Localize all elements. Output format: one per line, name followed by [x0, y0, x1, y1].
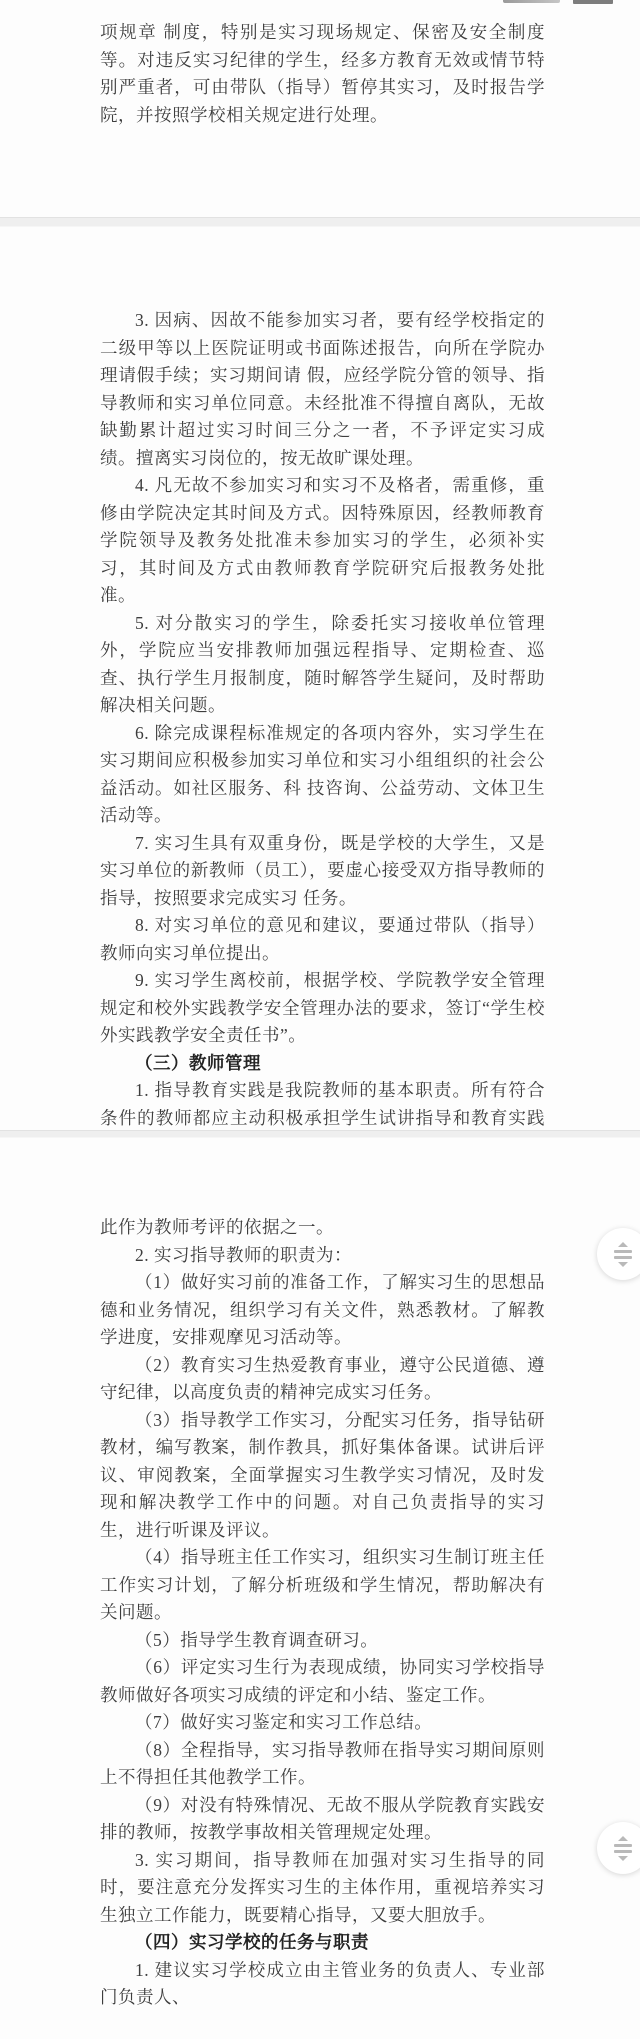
paragraph: 3. 因病、因故不能参加实习者，要有经学校指定的二级甲等以上医院证明或书面陈述报… [100, 307, 545, 472]
scroll-drag-handle[interactable] [597, 1228, 640, 1280]
drag-bar-icon [614, 1256, 632, 1259]
page-separator [0, 1130, 640, 1138]
page-separator [0, 217, 640, 227]
paragraph: （8）全程指导，实习指导教师在指导实习期间原则上不得担任其他教学工作。 [100, 1737, 545, 1792]
scroll-down-arrow-icon [618, 1262, 628, 1267]
paragraph: （5）指导学生教育调查研习。 [100, 1627, 545, 1655]
paragraph: （6）评定实习生行为表现成绩，协同实习学校指导教师做好各项实习成绩的评定和小结、… [100, 1654, 545, 1709]
document-page-1: 项规章 制度，特别是实习现场规定、保密及安全制度等。对违反实习纪律的学生，经多方… [0, 0, 640, 217]
paragraph: （7）做好实习鉴定和实习工作总结。 [100, 1709, 545, 1737]
paragraph: （2）教育实习生热爱教育事业，遵守公民道德、遵守纪律，以高度负责的精神完成实习任… [100, 1352, 545, 1407]
scroll-down-arrow-icon [618, 1856, 628, 1861]
document-page-2: 3. 因病、因故不能参加实习者，要有经学校指定的二级甲等以上医院证明或书面陈述报… [0, 227, 640, 1130]
paragraph: 此作为教师考评的依据之一。 [100, 1214, 545, 1242]
drag-bar-icon [614, 1844, 632, 1847]
drag-bar-icon [614, 1250, 632, 1253]
scroll-up-arrow-icon [618, 1242, 628, 1247]
paragraph: （3）指导教学工作实习，分配实习任务，指导钻研教材，编写教案，制作教具，抓好集体… [100, 1407, 545, 1545]
scroll-up-arrow-icon [618, 1836, 628, 1841]
paragraph: 1. 建议实习学校成立由主管业务的负责人、专业部门负责人、 [100, 1957, 545, 2012]
drag-bar-icon [614, 1850, 632, 1853]
paragraph: （9）对没有特殊情况、无故不服从学院教育实践安排的教师，按教学事故相关管理规定处… [100, 1792, 545, 1847]
paragraph: 项规章 制度，特别是实习现场规定、保密及安全制度等。对违反实习纪律的学生，经多方… [100, 19, 545, 129]
paragraph: 3. 实习期间，指导教师在加强对实习生指导的同时，要注意充分发挥实习生的主体作用… [100, 1847, 545, 1930]
clipped-toolbar-icon[interactable] [503, 0, 560, 3]
paragraph: 9. 实习学生离校前，根据学校、学院教学安全管理规定和校外实践教学安全管理办法的… [100, 967, 545, 1050]
scroll-drag-handle-icon [614, 1242, 632, 1267]
document-page-3: 此作为教师考评的依据之一。2. 实习指导教师的职责为：（1）做好实习前的准备工作… [0, 1138, 640, 2039]
section-heading: （四）实习学校的任务与职责 [100, 1929, 545, 1957]
paragraph: 5. 对分散实习的学生，除委托实习接收单位管理外，学院应当安排教师加强远程指导、… [100, 610, 545, 720]
clipped-toolbar-icon[interactable] [573, 0, 613, 4]
paragraph: 7. 实习生具有双重身份，既是学校的大学生，又是实习单位的新教师（员工），要虚心… [100, 830, 545, 913]
paragraph: 2. 实习指导教师的职责为： [100, 1242, 545, 1270]
paragraph: （1）做好实习前的准备工作，了解实习生的思想品德和业务情况，组织学习有关文件，熟… [100, 1269, 545, 1352]
paragraph: 6. 除完成课程标准规定的各项内容外，实习学生在实习期间应积极参加实习单位和实习… [100, 720, 545, 830]
scroll-drag-handle[interactable] [597, 1822, 640, 1874]
scroll-drag-handle-icon [614, 1836, 632, 1861]
document-viewer: 项规章 制度，特别是实习现场规定、保密及安全制度等。对违反实习纪律的学生，经多方… [0, 0, 640, 2039]
paragraph: 4. 凡无故不参加实习和实习不及格者，需重修，重修由学院决定其时间及方式。因特殊… [100, 472, 545, 610]
paragraph: 8. 对实习单位的意见和建议，要通过带队（指导）教师向实习单位提出。 [100, 912, 545, 967]
paragraph: （4）指导班主任工作实习，组织实习生制订班主任工作实习计划，了解分析班级和学生情… [100, 1544, 545, 1627]
section-heading: （三）教师管理 [100, 1050, 545, 1078]
paragraph: 1. 指导教育实践是我院教师的基本职责。所有符合条件的教师都应主动积极承担学生试… [100, 1077, 545, 1130]
